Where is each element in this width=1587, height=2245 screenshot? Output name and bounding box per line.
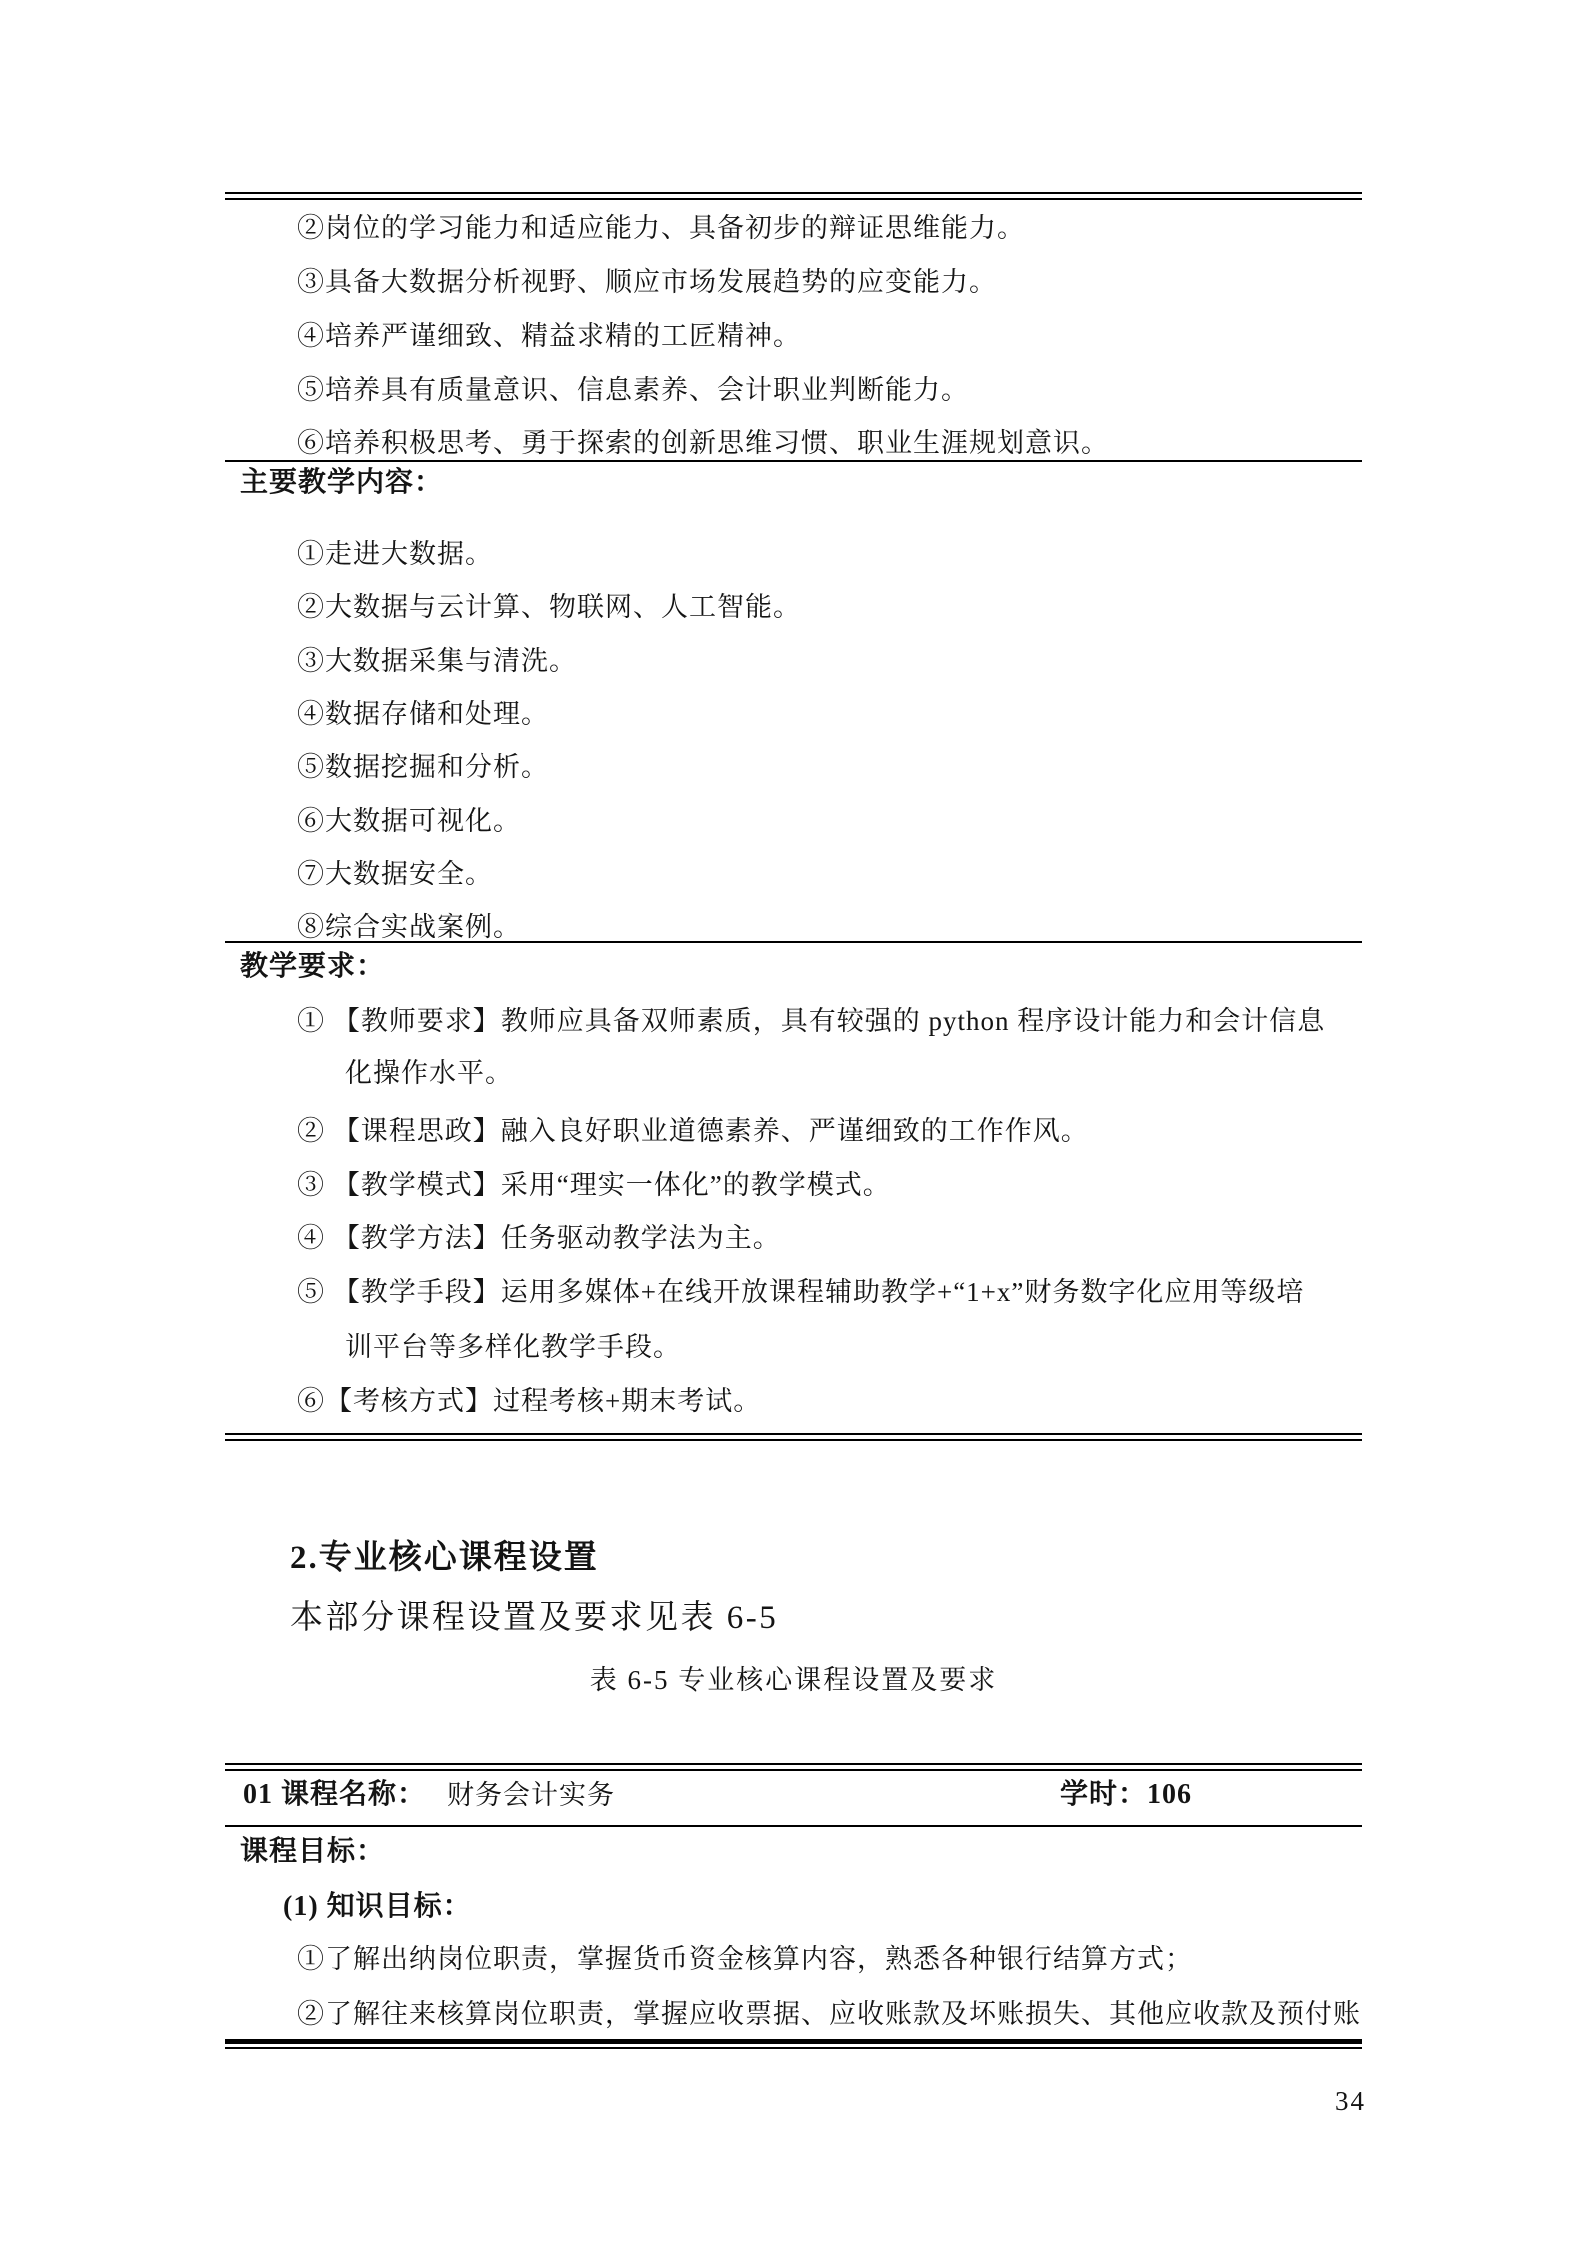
teaching-requirement-line: ① 【教师要求】教师应具备双师素质，具有较强的 python 程序设计能力和会计… xyxy=(297,1006,1325,1037)
teaching-requirement-line: ⑤ 【教学手段】运用多媒体+在线开放课程辅助教学+“1+x”财务数字化应用等级培 xyxy=(297,1277,1304,1308)
teaching-content-item: ⑧综合实战案例。 xyxy=(297,912,521,943)
course-objectives-title: 课程目标： xyxy=(240,1836,385,1868)
top-double-rule xyxy=(225,192,1362,200)
section2-heading: 2.专业核心课程设置 xyxy=(290,1540,599,1578)
course-table-row-rule xyxy=(225,1825,1362,1827)
teaching-content-title: 主要教学内容： xyxy=(240,467,443,499)
document-page: ②岗位的学习能力和适应能力、具备初步的辩证思维能力。 ③具备大数据分析视野、顺应… xyxy=(0,0,1587,2245)
teaching-content-item: ④数据存储和处理。 xyxy=(297,699,549,730)
course-table-top-rule xyxy=(225,1763,1362,1771)
table-6-5-caption: 表 6-5 专业核心课程设置及要求 xyxy=(225,1665,1362,1696)
course-number-label: 01 课程名称： xyxy=(243,1779,426,1811)
teaching-requirements-title: 教学要求： xyxy=(240,951,385,983)
course-table-bottom-rule xyxy=(225,2039,1362,2049)
teaching-content-item: ①走进大数据。 xyxy=(297,539,493,570)
course-name: 财务会计实务 xyxy=(447,1780,615,1811)
objective-line: ②了解往来核算岗位职责，掌握应收票据、应收账款及坏账损失、其他应收款及预付账 xyxy=(297,1999,1361,2030)
ability-goal-line: ④培养严谨细致、精益求精的工匠精神。 xyxy=(297,321,801,352)
teaching-requirement-line: 训平台等多样化教学手段。 xyxy=(345,1332,681,1363)
objective-line: ①了解出纳岗位职责，掌握货币资金核算内容，熟悉各种银行结算方式； xyxy=(297,1944,1193,1975)
knowledge-goal-title: (1) 知识目标： xyxy=(283,1891,472,1923)
teaching-content-item: ⑤数据挖掘和分析。 xyxy=(297,752,549,783)
teaching-requirement-line: ④ 【教学方法】任务驱动教学法为主。 xyxy=(297,1223,781,1254)
section-rule xyxy=(225,460,1362,462)
teaching-requirement-line: ⑥【考核方式】过程考核+期末考试。 xyxy=(297,1386,761,1417)
section2-intro: 本部分课程设置及要求见表 6-5 xyxy=(290,1600,778,1638)
page-number: 34 xyxy=(1335,2086,1366,2117)
ability-goal-line: ③具备大数据分析视野、顺应市场发展趋势的应变能力。 xyxy=(297,267,997,298)
ability-goal-line: ⑤培养具有质量意识、信息素养、会计职业判断能力。 xyxy=(297,375,969,406)
ability-goal-line: ⑥培养积极思考、勇于探索的创新思维习惯、职业生涯规划意识。 xyxy=(297,428,1109,459)
section-rule xyxy=(225,941,1362,943)
teaching-requirement-line: ② 【课程思政】融入良好职业道德素养、严谨细致的工作作风。 xyxy=(297,1116,1089,1147)
teaching-content-item: ⑥大数据可视化。 xyxy=(297,806,521,837)
course-hours: 学时：106 xyxy=(1060,1779,1192,1811)
teaching-content-item: ③大数据采集与清洗。 xyxy=(297,646,577,677)
teaching-content-item: ②大数据与云计算、物联网、人工智能。 xyxy=(297,592,801,623)
teaching-requirement-line: ③ 【教学模式】采用“理实一体化”的教学模式。 xyxy=(297,1170,891,1201)
teaching-content-item: ⑦大数据安全。 xyxy=(297,859,493,890)
table-end-double-rule xyxy=(225,1433,1362,1441)
teaching-requirement-line: 化操作水平。 xyxy=(345,1058,513,1089)
ability-goal-line: ②岗位的学习能力和适应能力、具备初步的辩证思维能力。 xyxy=(297,213,1025,244)
